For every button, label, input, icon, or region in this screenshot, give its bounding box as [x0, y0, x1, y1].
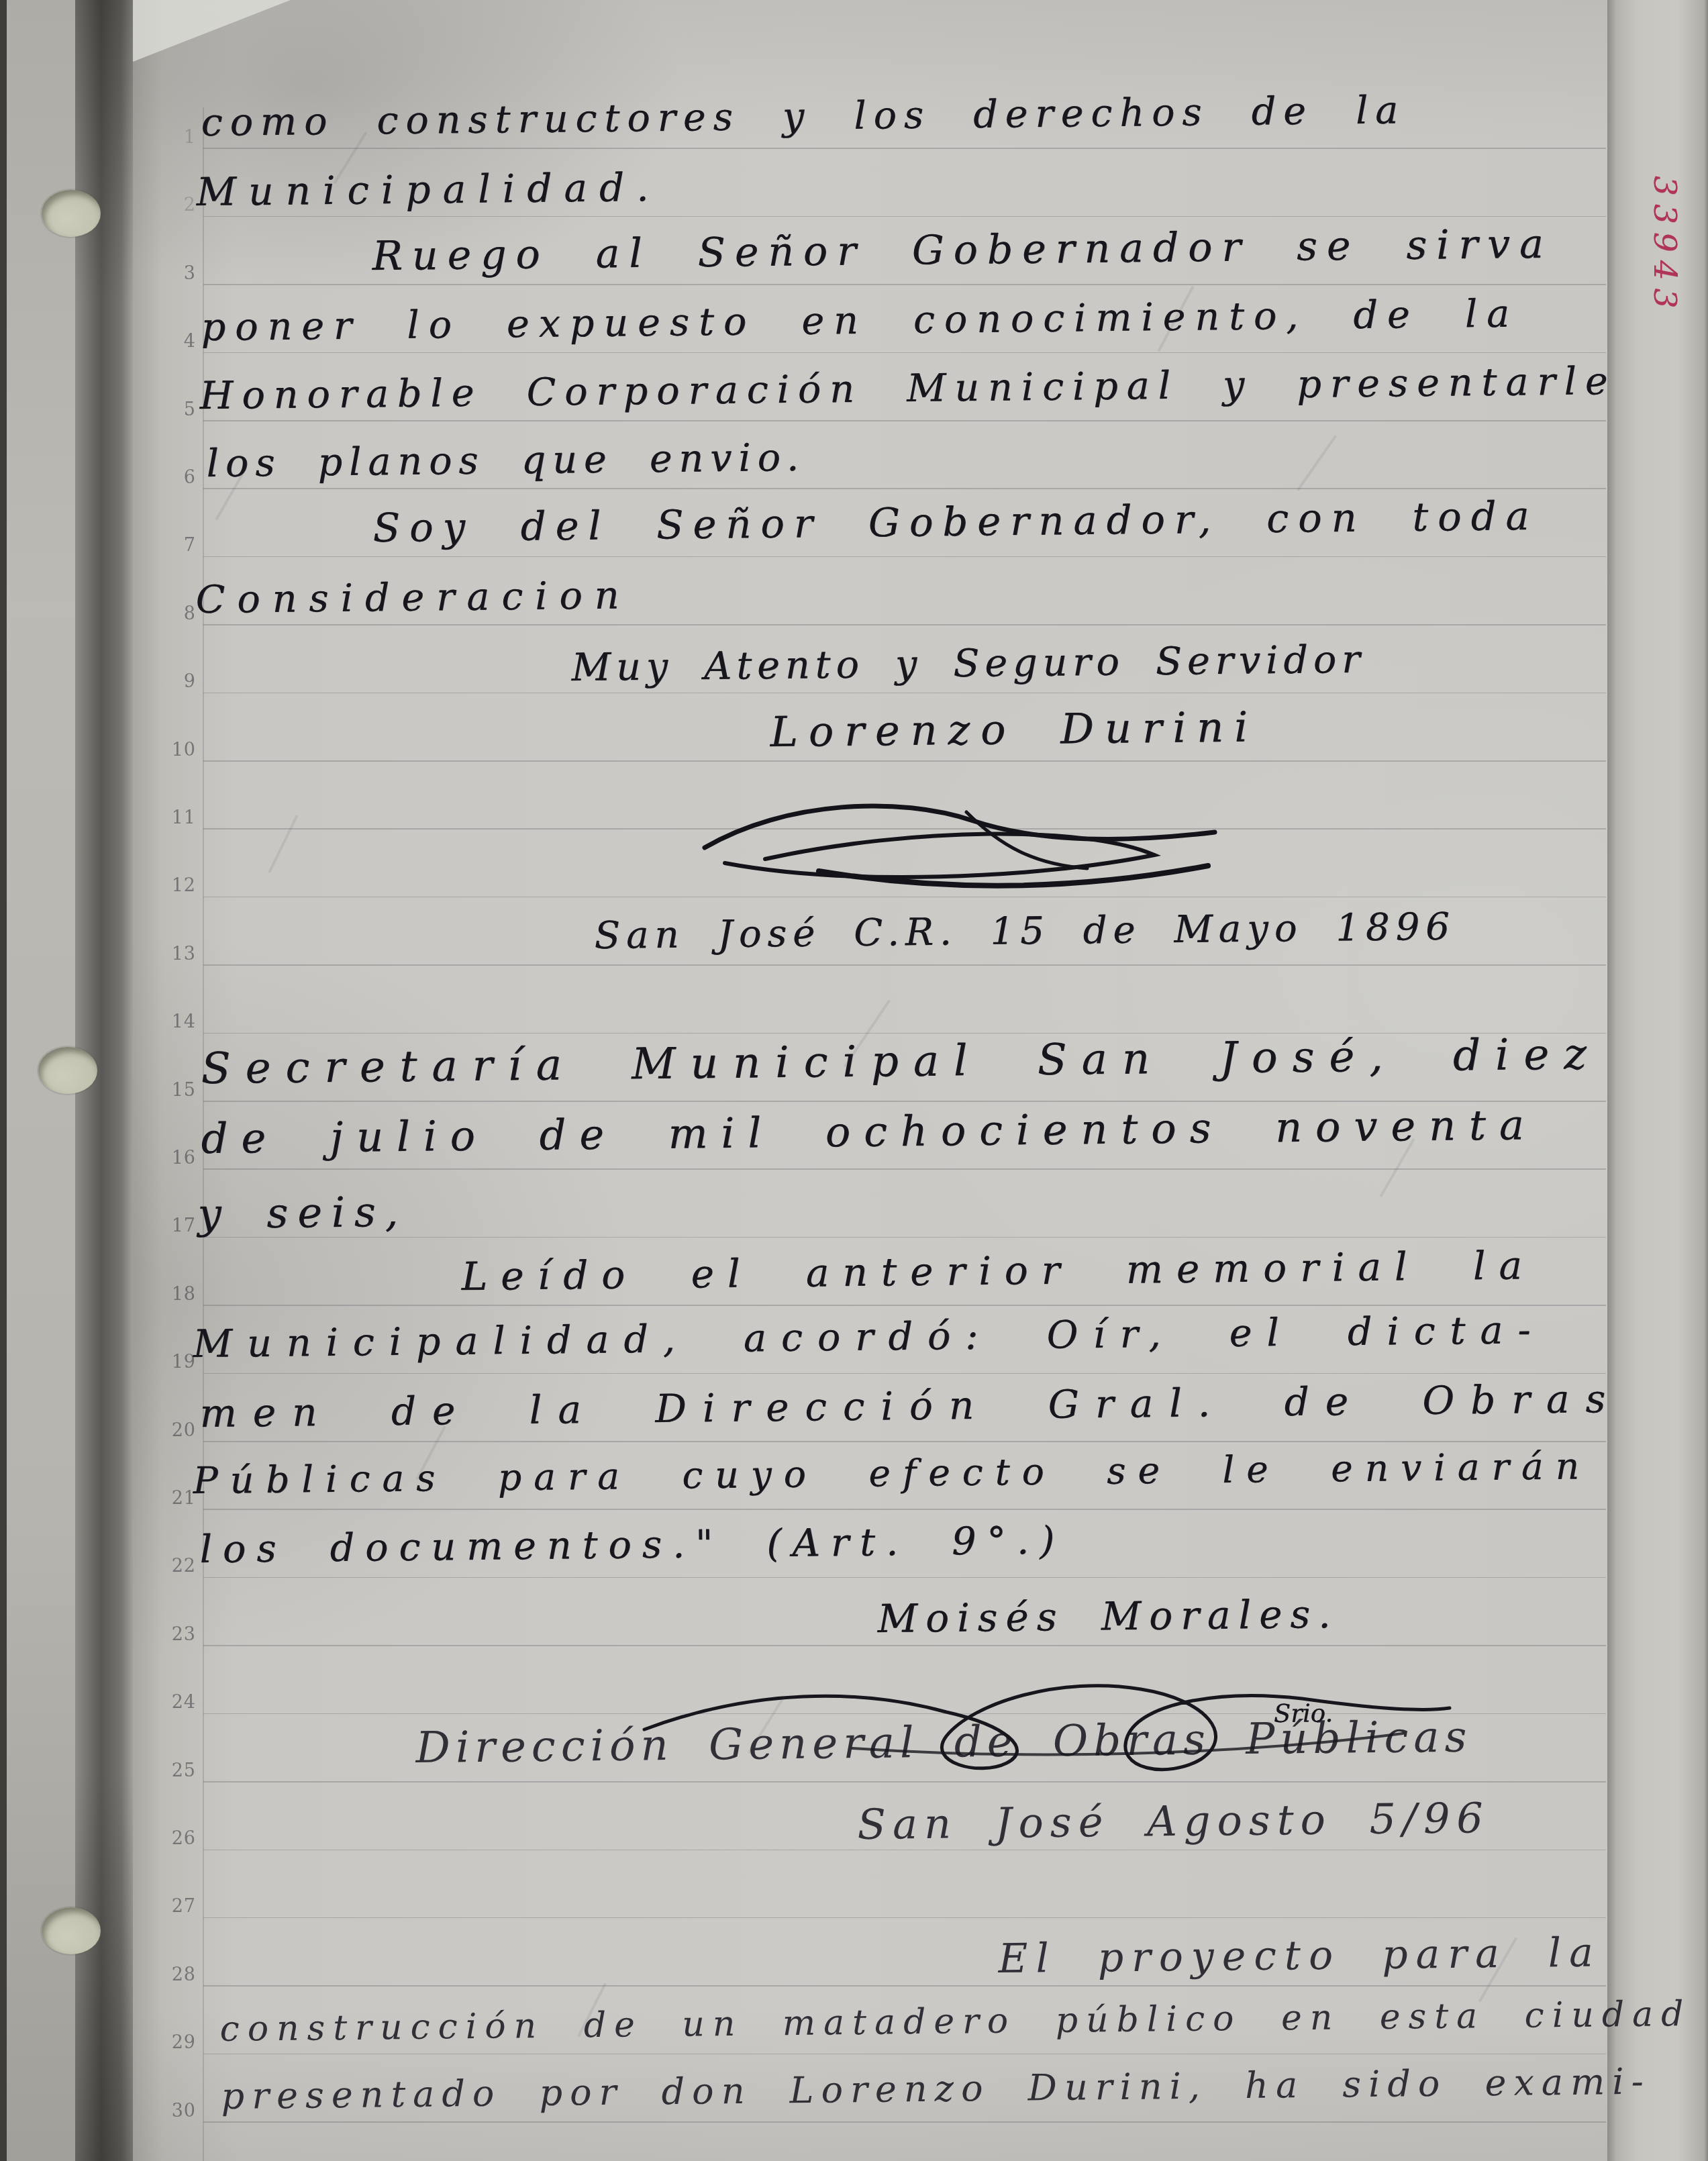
line-number: 3	[158, 263, 196, 284]
line-number: 14	[158, 1011, 196, 1032]
manuscript-line: los documentos." (Art. 9°.)	[199, 1518, 1065, 1572]
line-number: 19	[158, 1352, 196, 1372]
line-number: 30	[158, 2101, 196, 2121]
line-number: 24	[158, 1692, 196, 1713]
manuscript-line: y seis,	[197, 1187, 407, 1238]
manuscript-line: Consideracion	[195, 573, 631, 622]
line-number: 15	[158, 1080, 196, 1101]
line-number: 28	[158, 1964, 196, 1985]
manuscript-line: Muy Atento y Seguro Servidor	[571, 638, 1365, 690]
line-number: 5	[158, 399, 196, 420]
durini-signature-flourish	[685, 784, 1235, 898]
scan-left-edge	[0, 0, 7, 2161]
morales-rubric-flourish	[631, 1648, 1463, 1782]
punch-hole	[38, 1047, 97, 1094]
line-number: 10	[158, 740, 196, 760]
line-number: 18	[158, 1284, 196, 1305]
line-number: 23	[158, 1624, 196, 1645]
line-number: 20	[158, 1420, 196, 1441]
line-number: 27	[158, 1896, 196, 1917]
line-number: 21	[158, 1488, 196, 1509]
line-number: 9	[158, 671, 196, 692]
line-number: 2	[158, 195, 196, 215]
line-number: 13	[158, 944, 196, 964]
manuscript-line: Moisés Morales.	[877, 1591, 1339, 1642]
manuscript-line: San José Agosto 5/96	[857, 1793, 1490, 1849]
line-number: 11	[158, 807, 196, 828]
rubric-secretary-abbreviation: Srio.	[1274, 1699, 1334, 1728]
right-page-edge	[1607, 0, 1708, 2161]
line-number: 17	[158, 1215, 196, 1236]
line-number: 1	[158, 127, 196, 148]
line-number: 6	[158, 467, 196, 488]
line-number: 7	[158, 535, 196, 556]
manuscript-scan: 33943 1 2 3 4 5 6 7 8 9 10 11 12 13 14 1…	[0, 0, 1708, 2161]
line-number: 4	[158, 331, 196, 352]
line-number: 26	[158, 1828, 196, 1849]
line-number: 8	[158, 603, 196, 624]
manuscript-line: San José C.R. 15 de Mayo 1896	[594, 905, 1456, 958]
manuscript-line: Lorenzo Durini	[770, 702, 1258, 756]
line-number: 16	[158, 1148, 196, 1168]
punch-hole	[42, 190, 101, 237]
manuscript-line: El proyecto para la	[998, 1929, 1601, 1982]
line-number: 12	[158, 875, 196, 896]
line-number: 22	[158, 1556, 196, 1576]
manuscript-line: los planos que envio.	[206, 436, 805, 486]
line-number: 25	[158, 1760, 196, 1781]
manuscript-line: Municipalidad.	[196, 164, 660, 215]
punch-hole	[42, 1907, 101, 1954]
archive-folio-number: 33943	[1646, 176, 1683, 317]
line-number: 29	[158, 2032, 196, 2053]
